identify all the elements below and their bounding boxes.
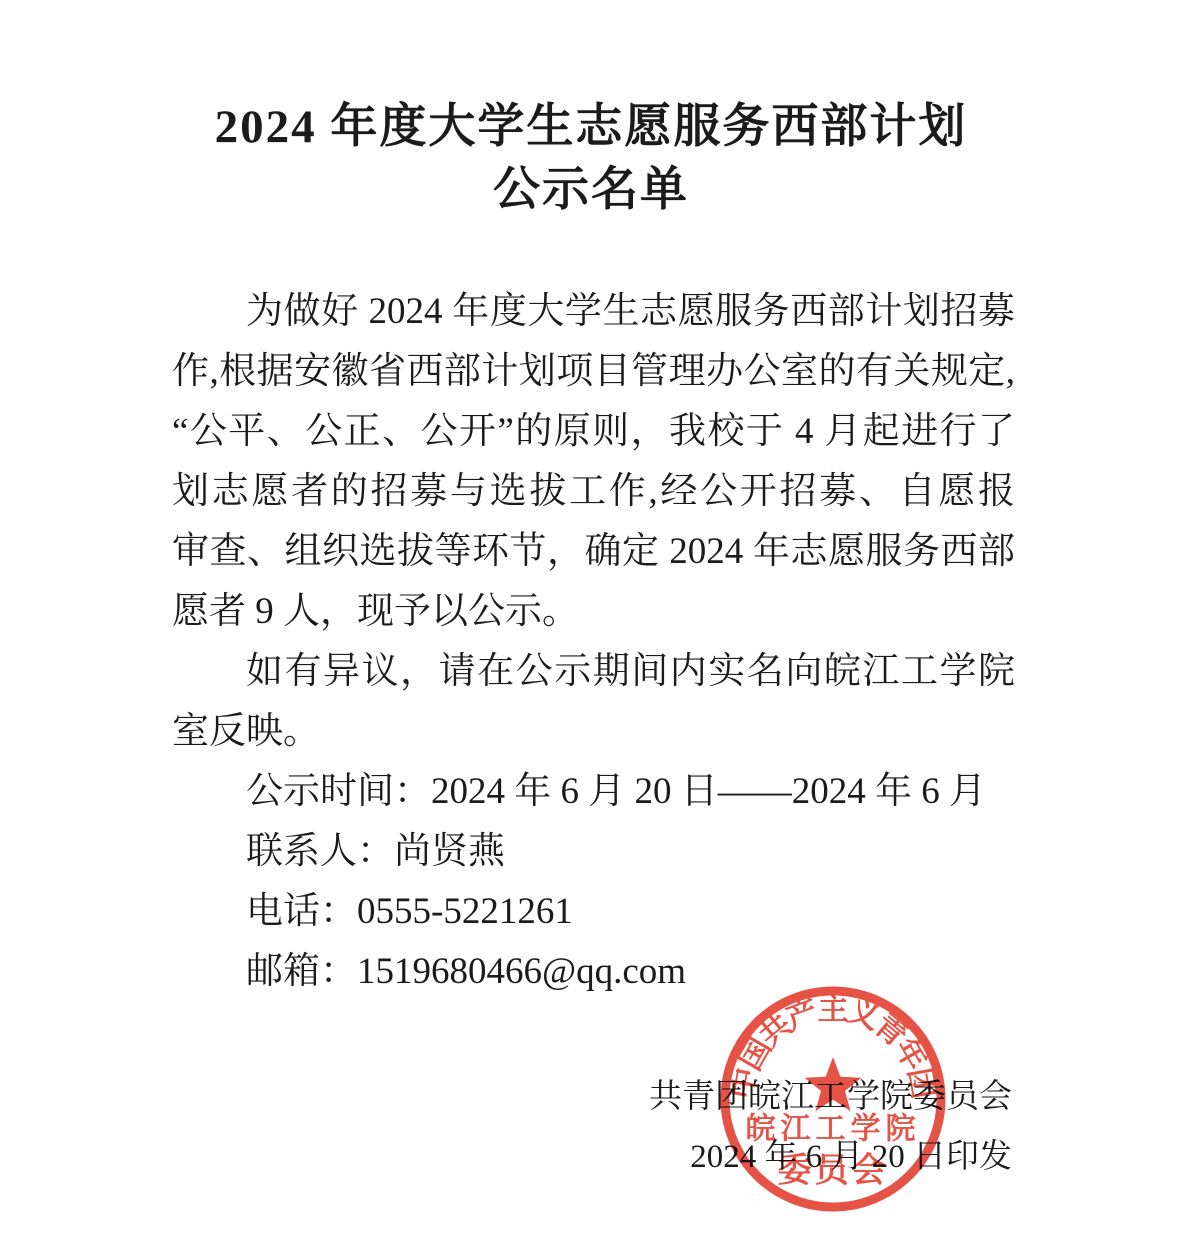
publicity-time-line: 公示时间：2024 年 6 月 20 日——2024 年 6 月 25 日 <box>172 762 1015 822</box>
document-body: 为做好 2024 年度大学生志愿服务西部计划招募选拔工 作,根据安徽省西部计划项… <box>172 282 1015 1002</box>
seal-inner-line2: 委员会 <box>778 1152 889 1190</box>
title-line-2: 公示名单 <box>0 159 1182 222</box>
contact-person-line: 联系人：尚贤燕 <box>172 822 1015 882</box>
paragraph1-line: 审查、组织选拔等环节，确定 2024 年志愿服务西部计划志 <box>172 522 1015 582</box>
title-line-1: 2024 年度大学生志愿服务西部计划 <box>0 96 1182 159</box>
document-page: 2024 年度大学生志愿服务西部计划 公示名单 为做好 2024 年度大学生志愿… <box>0 0 1182 1251</box>
paragraph2-line: 如有异议，请在公示期间内实名向皖江工学院团委办公 <box>172 642 1015 702</box>
seal-arc-char: 团 <box>902 1065 942 1102</box>
paragraph1-line: 愿者 9 人，现予以公示。 <box>172 582 1015 642</box>
paragraph1-line: “公平、公正、公开”的原则，我校于 4 月起进行了西部计 <box>172 402 1015 462</box>
seal-inner-line1: 皖江工学院 <box>746 1113 921 1146</box>
paragraph1-line: 为做好 2024 年度大学生志愿服务西部计划招募选拔工 <box>172 282 1015 342</box>
paragraph1-line: 作,根据安徽省西部计划项目管理办公室的有关规定,本着 <box>172 342 1015 402</box>
star-icon <box>805 1057 862 1111</box>
phone-line: 电话：0555-5221261 <box>172 882 1015 942</box>
document-title: 2024 年度大学生志愿服务西部计划 公示名单 <box>0 96 1182 222</box>
paragraph1-line: 划志愿者的招募与选拔工作,经公开招募、自愿报名、资格 <box>172 462 1015 522</box>
official-seal: 中 国 共 产 主 义 青 年 团 皖江工学院 委员会 <box>713 979 953 1219</box>
paragraph2-line: 室反映。 <box>172 702 1015 762</box>
